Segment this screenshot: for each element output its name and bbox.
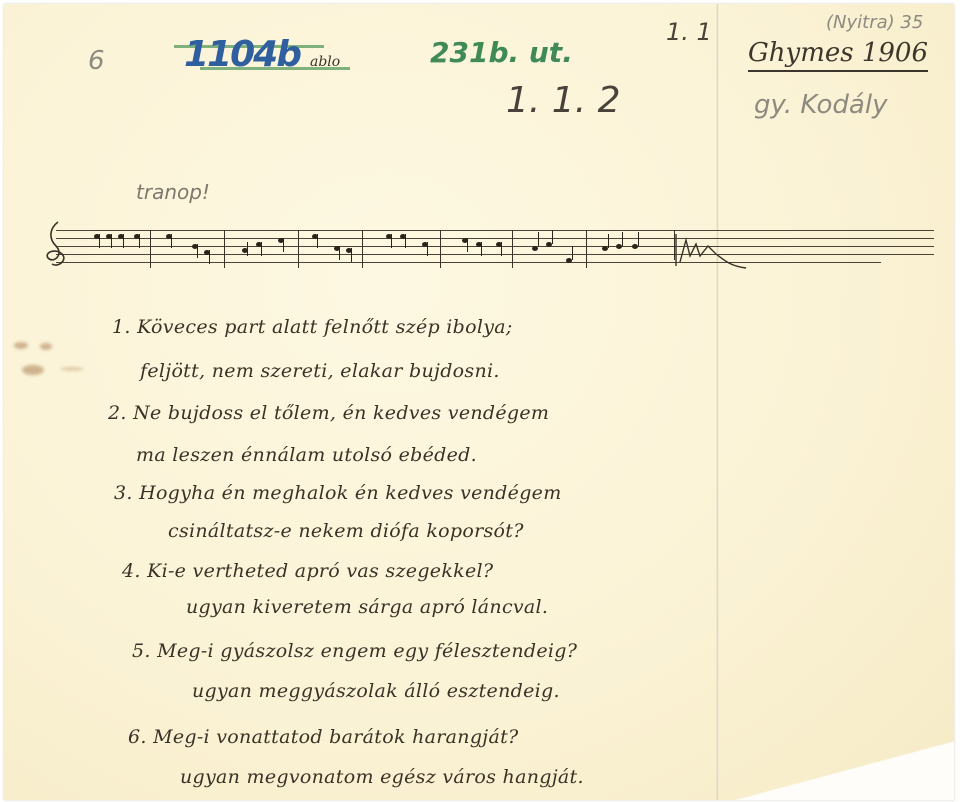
note-stem [209, 250, 210, 264]
barline [150, 230, 151, 268]
note-stem [467, 238, 468, 252]
verse-number: 2. [108, 402, 127, 424]
small-number: 1. 1 [666, 18, 712, 46]
verse-number: 5. [132, 640, 151, 662]
verse-number: 1. [112, 316, 131, 338]
verse-text: Ki-e vertheted apró vas szegekkel? [147, 560, 493, 582]
verse-2-line-2: ma leszen énnálam utolsó ebéded. [136, 444, 477, 466]
manuscript-page: 6 1104b ablo 231b. ut. 1. 1. 2 1. 1 (Nyi… [4, 4, 954, 800]
stain [60, 367, 84, 371]
verse-3-line-1: 3. Hogyha én meghalok én kedves vendégem [114, 482, 562, 504]
verse-number: 4. [122, 560, 141, 582]
note-stem [405, 234, 406, 248]
verse-2-line-1: 2. Ne bujdoss el tőlem, én kedves vendég… [108, 402, 549, 424]
green-reference: 231b. ut. [430, 36, 573, 69]
barline [512, 230, 513, 268]
page-number: 6 [88, 46, 105, 76]
verse-text: Hogyha én meghalok én kedves vendégem [139, 482, 561, 504]
note-stem [427, 242, 428, 256]
staff-line [56, 254, 934, 255]
verse-3-line-2: csináltatsz-e nekem diófa koporsót? [168, 520, 524, 542]
note-stem [608, 234, 609, 248]
verse-6-line-2: ugyan megvonatom egész város hangját. [180, 766, 584, 788]
staff-line [56, 230, 934, 231]
note-stem [123, 234, 124, 248]
verse-number: 3. [114, 482, 133, 504]
stain [22, 365, 44, 375]
note-stem [552, 230, 553, 244]
verse-4-line-2: ugyan kiveretem sárga apró láncval. [186, 596, 548, 618]
note-stem [501, 242, 502, 256]
music-staff [56, 230, 934, 266]
catalog-number: 1. 1. 2 [506, 80, 621, 121]
verse-text: Köveces part alatt felnőtt szép ibolya; [137, 316, 513, 338]
verse-number: 6. [128, 726, 147, 748]
collector-name: gy. Kodály [754, 90, 887, 120]
verse-4-line-1: 4. Ki-e vertheted apró vas szegekkel? [122, 560, 493, 582]
verse-1-line-2: feljött, nem szereti, elakar bujdosni. [140, 360, 500, 382]
barline [440, 230, 441, 268]
note-stem [139, 234, 140, 248]
barline [224, 230, 225, 268]
note-stem [317, 234, 318, 248]
staff-line [56, 246, 934, 247]
note [532, 246, 538, 251]
note-stem [622, 232, 623, 246]
note-stem [171, 234, 172, 248]
note-stem [99, 234, 100, 248]
location-year: Ghymes 1906 [748, 38, 928, 72]
tempo-note: tranop! [136, 180, 210, 204]
treble-clef-icon [44, 218, 74, 274]
verse-text: Meg-i vonattatod barátok harangját? [153, 726, 518, 748]
note-stem [261, 242, 262, 256]
note-stem [391, 234, 392, 248]
note-stem [481, 242, 482, 256]
verse-1-line-1: 1. Köveces part alatt felnőtt szép iboly… [112, 316, 513, 338]
note-stem [197, 244, 198, 258]
ending-scribble-icon [672, 226, 752, 274]
note-stem [247, 242, 248, 256]
note-stem [351, 248, 352, 262]
note-stem [638, 232, 639, 246]
stain [14, 342, 28, 349]
barline [298, 230, 299, 268]
staff-line [56, 262, 881, 263]
barline [586, 230, 587, 268]
note-stem [572, 246, 573, 260]
note-stem [111, 234, 112, 248]
staff-line [56, 238, 934, 239]
note-stem [339, 246, 340, 260]
verse-text: Meg-i gyászolsz engem egy félesztendeig? [157, 640, 577, 662]
verse-6-line-1: 6. Meg-i vonattatod barátok harangját? [128, 726, 519, 748]
note-stem [283, 238, 284, 252]
verse-5-line-1: 5. Meg-i gyászolsz engem egy félesztende… [132, 640, 577, 662]
note-stem [538, 232, 539, 246]
paper-fold [716, 4, 719, 800]
verse-5-line-2: ugyan meggyászolak álló esztendeig. [192, 680, 560, 702]
crossed-out-number: 1104b [184, 34, 300, 75]
folded-corner [724, 730, 954, 800]
barline [362, 230, 363, 268]
crossed-out-suffix: ablo [310, 54, 340, 70]
verse-text: Ne bujdoss el tőlem, én kedves vendégem [133, 402, 549, 424]
stain [40, 343, 52, 350]
region-note: (Nyitra) 35 [826, 12, 923, 33]
